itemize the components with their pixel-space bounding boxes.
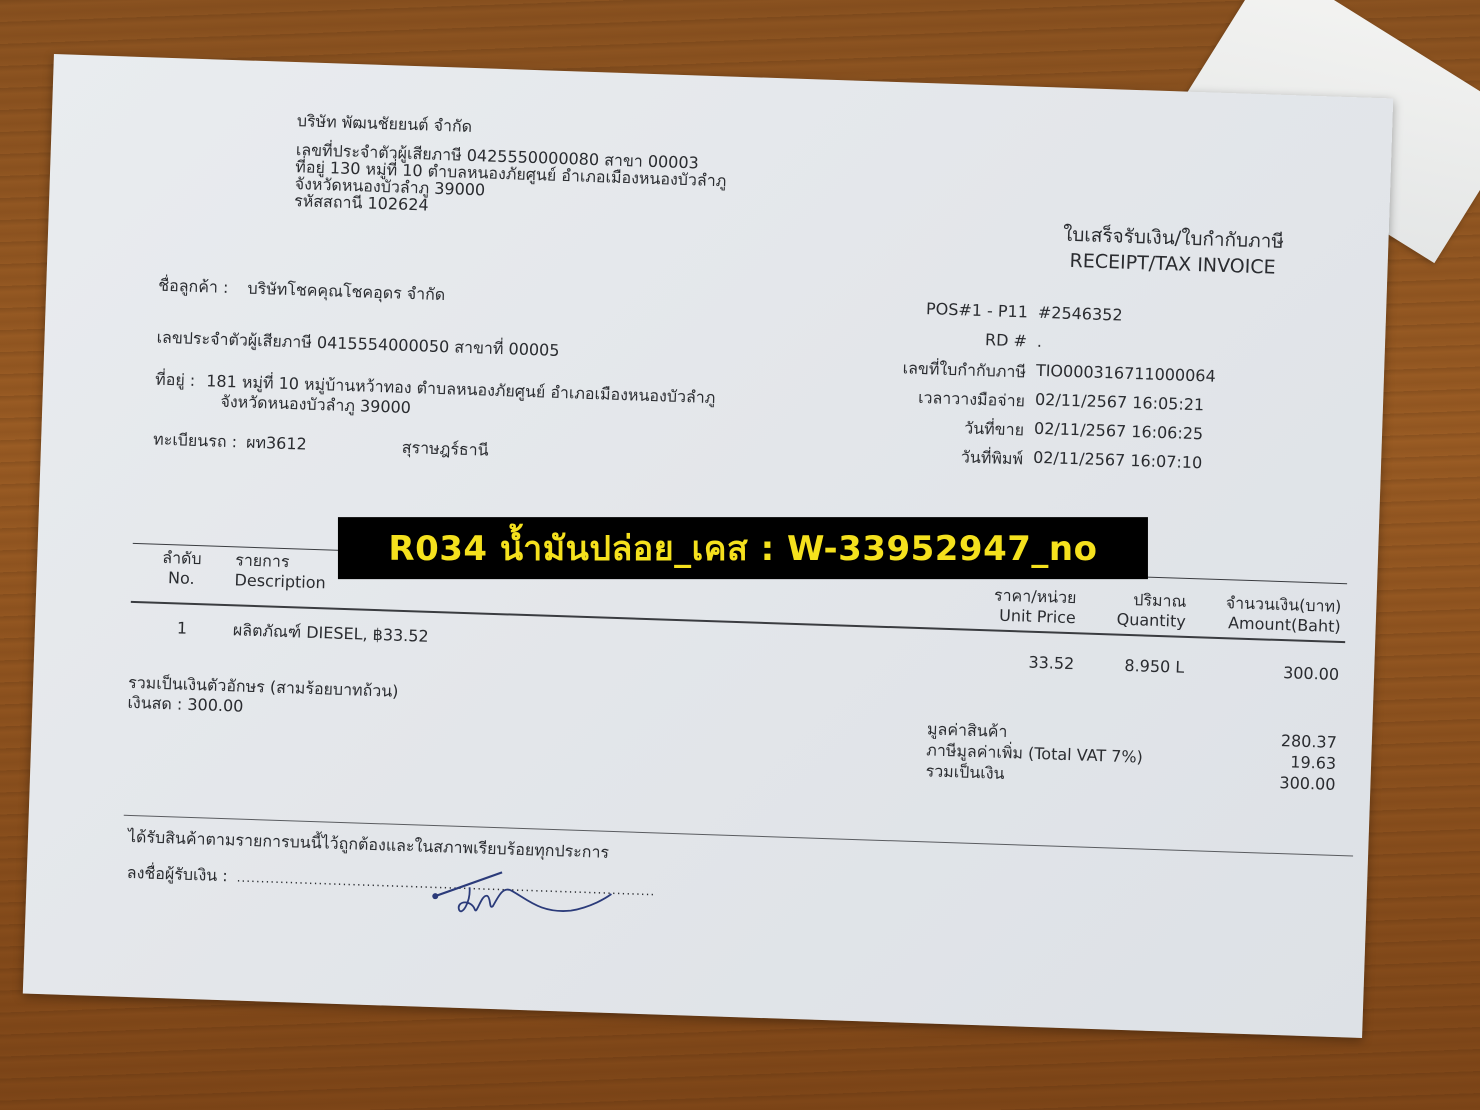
customer-tax-id: เลขประจำตัวผู้เสียภาษี 0415554000050 สาข… <box>156 328 560 361</box>
document-meta: POS#1 - P11 #2546352 RD # . เลขที่ใบกำกั… <box>880 298 1286 501</box>
meta-row: เลขที่ใบกำกับภาษี TIO000316711000064 <box>884 356 1214 367</box>
header-no: ลำดับ No. <box>161 548 202 589</box>
receipt-paper: บริษัท พัฒนชัยยนต์ จำกัด เลขที่ประจำตัวผ… <box>23 54 1393 1038</box>
meta-value: . <box>1037 332 1043 351</box>
signature-scribble-icon <box>430 862 632 939</box>
header-no-th: ลำดับ <box>162 548 202 569</box>
vehicle-row: ทะเบียนรถ : ผท3612 สุราษฎร์ธานี <box>153 430 489 461</box>
meta-label: POS#1 - P11 <box>926 299 1029 321</box>
signature-label: ลงชื่อผู้รับเงิน : <box>127 863 228 885</box>
meta-row: วันที่พิมพ์ 02/11/2567 16:07:10 <box>882 443 1212 454</box>
customer-name: บริษัทโชคคุณโชคอุดร จำกัด <box>247 279 445 305</box>
header-unit-price: ราคา/หน่วย Unit Price <box>966 585 1077 629</box>
customer-name-row: ชื่อลูกค้า : บริษัทโชคคุณโชคอุดร จำกัด <box>158 276 446 306</box>
customer-address-label: ที่อยู่ : <box>155 370 196 390</box>
meta-label: RD # <box>985 330 1028 350</box>
meta-row: เวลาวางมือจ่าย 02/11/2567 16:05:21 <box>883 385 1213 396</box>
meta-label: วันที่ขาย <box>964 416 1025 443</box>
header-price-en: Unit Price <box>966 605 1077 629</box>
total-value: 280.37 <box>1281 731 1338 753</box>
meta-value: TIO000316711000064 <box>1036 361 1216 386</box>
seller-name: บริษัท พัฒนชัยยนต์ จำกัด <box>297 112 728 143</box>
meta-row: POS#1 - P11 #2546352 <box>886 298 1216 309</box>
vehicle-province: สุราษฎร์ธานี <box>401 438 489 460</box>
header-desc-en: Description <box>234 570 326 593</box>
case-banner-text: R034 น้ำมันปล่อย_เคส : W-33952947_no <box>388 521 1097 575</box>
meta-value: 02/11/2567 16:05:21 <box>1035 390 1205 415</box>
meta-value: 02/11/2567 16:06:25 <box>1034 419 1204 444</box>
row-unit-price: 33.52 <box>964 651 1075 675</box>
cash-paid: เงินสด : 300.00 <box>127 693 244 717</box>
acknowledgement-text: ได้รับสินค้าตามรายการบนนี้ไว้ถูกต้องและใ… <box>128 827 610 863</box>
meta-label: เวลาวางมือจ่าย <box>918 386 1026 415</box>
meta-label: เลขที่ใบกำกับภาษี <box>902 356 1026 385</box>
header-description: รายการ Description <box>234 550 326 593</box>
total-value: 300.00 <box>1279 773 1336 795</box>
header-qty-en: Quantity <box>1095 609 1186 632</box>
header-amount-en: Amount(Baht) <box>1205 613 1341 637</box>
customer-name-label: ชื่อลูกค้า : <box>158 276 229 297</box>
total-label: มูลค่าสินค้า <box>927 719 1008 742</box>
total-label: รวมเป็นเงิน <box>925 761 1005 784</box>
row-description: ผลิตภัณฑ์ DIESEL, ฿33.52 <box>233 620 429 646</box>
header-quantity: ปริมาณ Quantity <box>1095 589 1186 632</box>
vehicle-plate: ผท3612 <box>246 433 307 454</box>
vehicle-label: ทะเบียนรถ : <box>153 430 237 452</box>
meta-row: วันที่ขาย 02/11/2567 16:06:25 <box>882 414 1212 425</box>
seller-block: บริษัท พัฒนชัยยนต์ จำกัด เลขที่ประจำตัวผ… <box>294 112 728 223</box>
document-title: ใบเสร็จรับเงิน/ใบกำกับภาษี RECEIPT/TAX I… <box>1047 219 1299 279</box>
total-value: 19.63 <box>1290 752 1336 774</box>
meta-value: #2546352 <box>1038 303 1123 325</box>
header-amount: จำนวนเงิน(บาท) Amount(Baht) <box>1205 593 1341 637</box>
row-no: 1 <box>177 618 188 638</box>
meta-label: วันที่พิมพ์ <box>961 445 1024 472</box>
totals-block: มูลค่าสินค้า 280.37 ภาษีมูลค่าเพิ่ม (Tot… <box>925 719 1337 796</box>
row-amount: 300.00 <box>1204 661 1340 685</box>
case-banner: R034 น้ำมันปล่อย_เคส : W-33952947_no <box>338 517 1148 579</box>
meta-row: RD # . <box>885 327 1215 338</box>
row-quantity: 8.950 L <box>1094 655 1185 678</box>
meta-value: 02/11/2567 16:07:10 <box>1033 448 1203 473</box>
header-no-en: No. <box>161 568 201 589</box>
